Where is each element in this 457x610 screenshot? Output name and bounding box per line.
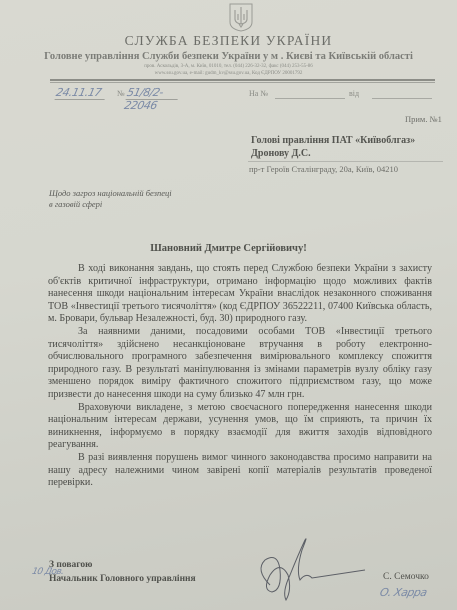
body-paragraph: Враховуючи викладене, з метою своєчасног… xyxy=(48,402,432,452)
addressee-divider xyxy=(248,161,443,162)
addressee-address: пр-т Героїв Сталінграду, 20а, Київ, 0421… xyxy=(249,164,398,174)
salutation: Шановний Дмитре Сергійовичу! xyxy=(0,243,457,254)
addressee-name: Дронову Д.С. xyxy=(251,148,311,159)
letter-body: В ході виконання завдань, що стоять пере… xyxy=(48,263,432,490)
registration-row: 24.11.17 № 51/8/2-22046 На № від xyxy=(0,86,457,102)
reply-to-blank xyxy=(275,98,345,99)
registration-number: 51/8/2-22046 xyxy=(126,86,181,100)
handwritten-signature-icon xyxy=(250,530,370,610)
subject-line-2: в газовій сфері xyxy=(49,199,102,209)
trident-coat-of-arms-icon xyxy=(228,2,254,32)
organization-name: СЛУЖБА БЕЗПЕКИ УКРАЇНИ xyxy=(0,33,457,49)
subject-line-1: Щодо загроз національній безпеці xyxy=(49,188,172,198)
letterhead-divider xyxy=(50,79,435,81)
contact-web: www.ssu.gov.ua, e-mail: gudm_kv@ssu.gov.… xyxy=(0,71,457,76)
addressee-title: Голові правління ПАТ «Київоблгаз» xyxy=(251,135,415,146)
department-name: Головне управління Служби безпеки Україн… xyxy=(0,51,457,62)
from-blank xyxy=(372,98,432,99)
reply-to-label: На № xyxy=(249,89,268,98)
registration-date: 24.11.17 xyxy=(55,86,108,100)
signer-name: С. Семочко xyxy=(383,572,429,582)
signer-position: Начальник Головного управління xyxy=(49,574,196,584)
body-paragraph: В ході виконання завдань, що стоять пере… xyxy=(48,263,432,326)
letterhead-divider-thin xyxy=(50,82,435,83)
copy-mark: Прим. №1 xyxy=(405,114,442,124)
handwritten-note-right: О. Харра xyxy=(379,586,428,599)
body-paragraph: В разі виявлення порушень вимог чинного … xyxy=(48,452,432,490)
body-paragraph: За наявними даними, посадовими особами Т… xyxy=(48,326,432,402)
letter-page: СЛУЖБА БЕЗПЕКИ УКРАЇНИ Головне управлінн… xyxy=(0,0,457,610)
number-label: № xyxy=(117,89,125,98)
from-label: від xyxy=(349,89,359,98)
handwritten-note-left: 10 Дов. xyxy=(31,567,65,577)
contact-address: пров. Аскольдів, 3-А, м. Київ, 01010, те… xyxy=(0,64,457,69)
